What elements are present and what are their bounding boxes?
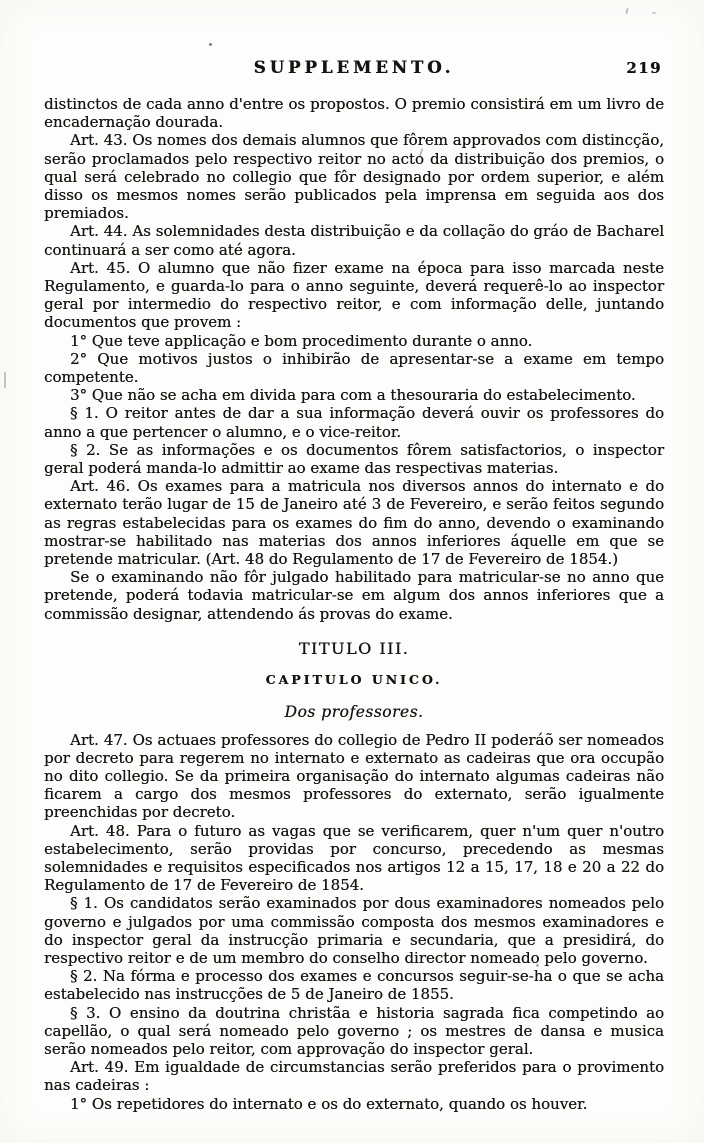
paragraph: 3° Que não se acha em divida para com a …: [44, 386, 664, 404]
paragraph: § 2. Se as informações e os documentos f…: [44, 441, 664, 477]
paragraph: § 1. Os candidatos serão examinados por …: [44, 894, 664, 967]
running-head: SUPPLEMENTO. 219: [44, 58, 664, 82]
paragraph: Art. 46. Os exames para a matricula nos …: [44, 477, 664, 568]
paragraph: § 1. O reitor antes de dar a sua informa…: [44, 404, 664, 440]
paragraph: Art. 47. Os actuaes professores do colle…: [44, 731, 664, 822]
paragraph: 2° Que motivos justos o inhibirão de apr…: [44, 350, 664, 386]
page-title: SUPPLEMENTO.: [44, 58, 664, 77]
page-content: SUPPLEMENTO. 219 distinctos de cada anno…: [44, 58, 664, 1113]
paragraph: § 2. Na fórma e processo dos exames e co…: [44, 967, 664, 1003]
paragraph: Art. 45. O alumno que não fizer exame na…: [44, 259, 664, 332]
paragraph: Art. 48. Para o futuro as vagas que se v…: [44, 822, 664, 895]
section-heading: CAPITULO UNICO.: [44, 671, 664, 689]
paragraph: Art. 49. Em igualdade de circumstancias …: [44, 1058, 664, 1094]
section-heading: Dos professores.: [44, 703, 664, 721]
page-number: 219: [626, 59, 662, 77]
paragraph: 1° Os repetidores do internato e os do e…: [44, 1095, 664, 1113]
paragraph: § 3. O ensino da doutrina christãa e his…: [44, 1004, 664, 1059]
section-heading: TITULO III.: [44, 640, 664, 658]
paragraph: Se o examinando não fôr julgado habilita…: [44, 568, 664, 623]
document-body: distinctos de cada anno d'entre os propo…: [44, 95, 664, 1113]
scan-artifact: [625, 8, 628, 14]
paragraph: Art. 44. As solemnidades desta distribui…: [44, 222, 664, 258]
scan-artifact: [209, 43, 212, 46]
scan-artifact: [4, 372, 6, 388]
scan-artifact: [652, 12, 656, 14]
paragraph: Art. 43. Os nomes dos demais alumnos que…: [44, 131, 664, 222]
paragraph: 1° Que teve applicação e bom procediment…: [44, 332, 664, 350]
paragraph: distinctos de cada anno d'entre os propo…: [44, 95, 664, 131]
scanned-document-page: SUPPLEMENTO. 219 distinctos de cada anno…: [0, 0, 704, 1143]
